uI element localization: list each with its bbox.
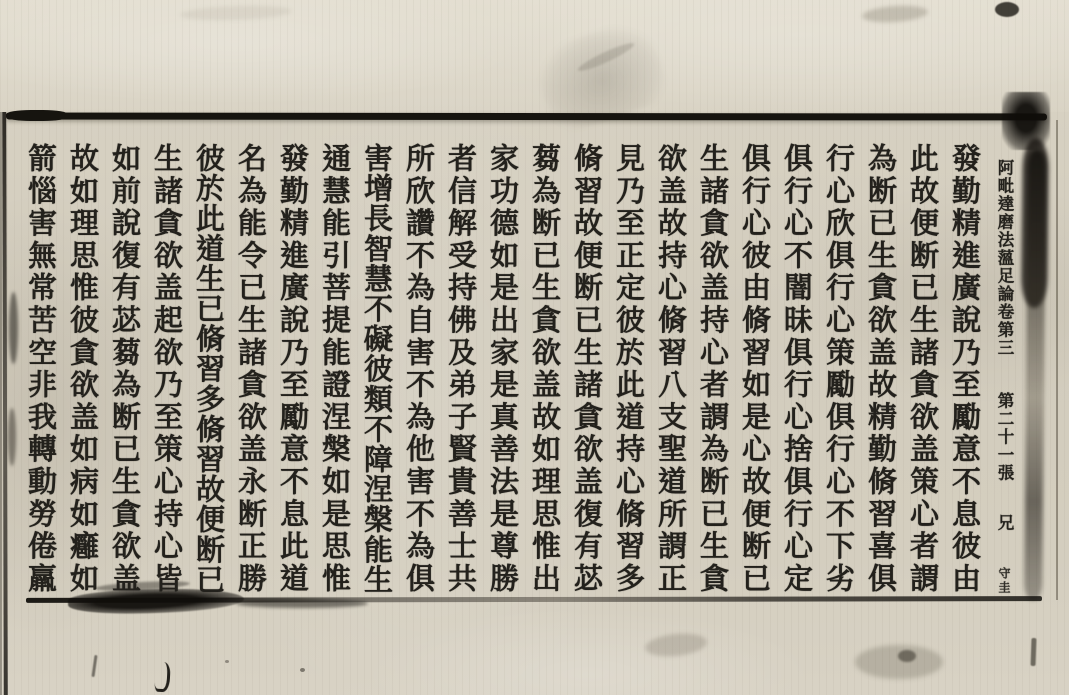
ink-mark xyxy=(91,655,97,677)
paper-top-margin xyxy=(0,0,1069,112)
ink-smudge xyxy=(644,631,708,659)
text-column-8: 欲盖故持心脩習八支聖道所謂正 xyxy=(650,143,691,601)
text-column-7: 生諸貪欲盖持心者謂為断已生貪 xyxy=(692,143,733,601)
manuscript-page: 阿毗達磨法薀足論卷第三 第二十一張 兄 守圭 發勤精進廣說乃至勵意不息彼由此故便… xyxy=(0,0,1069,695)
ink-blob-right-top xyxy=(1002,92,1050,150)
ink-mark xyxy=(1031,638,1037,666)
text-column-17: 發勤精進廣說乃至勵意不息此道 xyxy=(272,143,313,601)
text-column-22: 故如理思惟彼貪欲盖如病如癰如 xyxy=(62,143,103,601)
page-left-edge xyxy=(0,112,2,695)
ink-spot xyxy=(300,668,305,672)
top-border-rule xyxy=(6,113,1047,121)
text-column-10: 脩習故便断已生諸貪欲盖復有苾 xyxy=(566,143,607,601)
ink-smudge xyxy=(576,39,636,74)
text-column-12: 家功德如是出家是真善法是尊勝 xyxy=(482,143,523,601)
page-left-edge xyxy=(2,112,8,695)
sheet-number: 第二十一張 xyxy=(995,378,1014,482)
page-fold-ink-streak xyxy=(1024,150,1046,600)
ink-smudge xyxy=(855,645,943,679)
ink-spot xyxy=(898,650,916,662)
page-fold-ink-streak xyxy=(1021,138,1049,308)
sutra-title: 阿毗達磨法薀足論卷第三 xyxy=(995,143,1014,357)
text-column-13: 者信解受持佛及弟子賢貴善士共 xyxy=(440,143,481,601)
text-column-1: 發勤精進廣說乃至勵意不息彼由 xyxy=(944,143,985,601)
text-column-16: 通慧能引菩提能證涅槃如是思惟 xyxy=(314,143,355,601)
text-column-11: 蒭為断已生貪欲盖故如理思惟出 xyxy=(524,143,565,601)
text-column-2: 此故便断已生諸貪欲盖策心者謂 xyxy=(902,143,943,601)
sheet-header-column: 阿毗達磨法薀足論卷第三 第二十一張 兄 守圭 xyxy=(986,143,1022,601)
text-column-21: 如前說復有苾蒭為断已生貪欲盖 xyxy=(104,143,145,601)
text-block: 阿毗達磨法薀足論卷第三 第二十一張 兄 守圭 發勤精進廣說乃至勵意不息彼由此故便… xyxy=(10,143,1022,605)
text-column-19: 彼於此道生已脩習多脩習故便断已 xyxy=(188,143,229,601)
text-column-9: 見乃至正定彼於此道持心脩習多 xyxy=(608,143,649,601)
text-column-20: 生諸貪欲盖起欲乃至策心持心皆 xyxy=(146,143,187,601)
text-column-6: 俱行心彼由脩習如是心故便断已 xyxy=(734,143,775,601)
top-border-rule-end xyxy=(6,110,68,121)
ink-mark xyxy=(154,662,171,693)
ink-smudge xyxy=(862,4,929,25)
ink-spot xyxy=(995,2,1019,17)
ink-smudge xyxy=(529,15,672,136)
text-column-14: 所欣讚不為自害不為他害不為俱 xyxy=(398,143,439,601)
text-column-18: 名為能令已生諸貪欲盖永断正勝 xyxy=(230,143,271,601)
text-column-15: 害增長智慧不礙彼類不障涅槃能生 xyxy=(356,143,397,601)
case-carver-mark: 守圭 xyxy=(997,553,1011,595)
text-column-4: 行心欣俱行心策勵俱行心不下劣 xyxy=(818,143,859,601)
page-right-edge xyxy=(1056,120,1058,600)
text-column-3: 為断已生貪欲盖故精勤脩習喜俱 xyxy=(860,143,901,601)
text-column-23: 箭惱害無常苦空非我轉動勞倦羸 xyxy=(20,143,61,601)
text-column-5: 俱行心不闇昧俱行心捨俱行心定 xyxy=(776,143,817,601)
ink-spot xyxy=(225,660,229,663)
fascicle-mark: 兄 xyxy=(995,502,1014,532)
ink-smudge xyxy=(180,4,292,22)
